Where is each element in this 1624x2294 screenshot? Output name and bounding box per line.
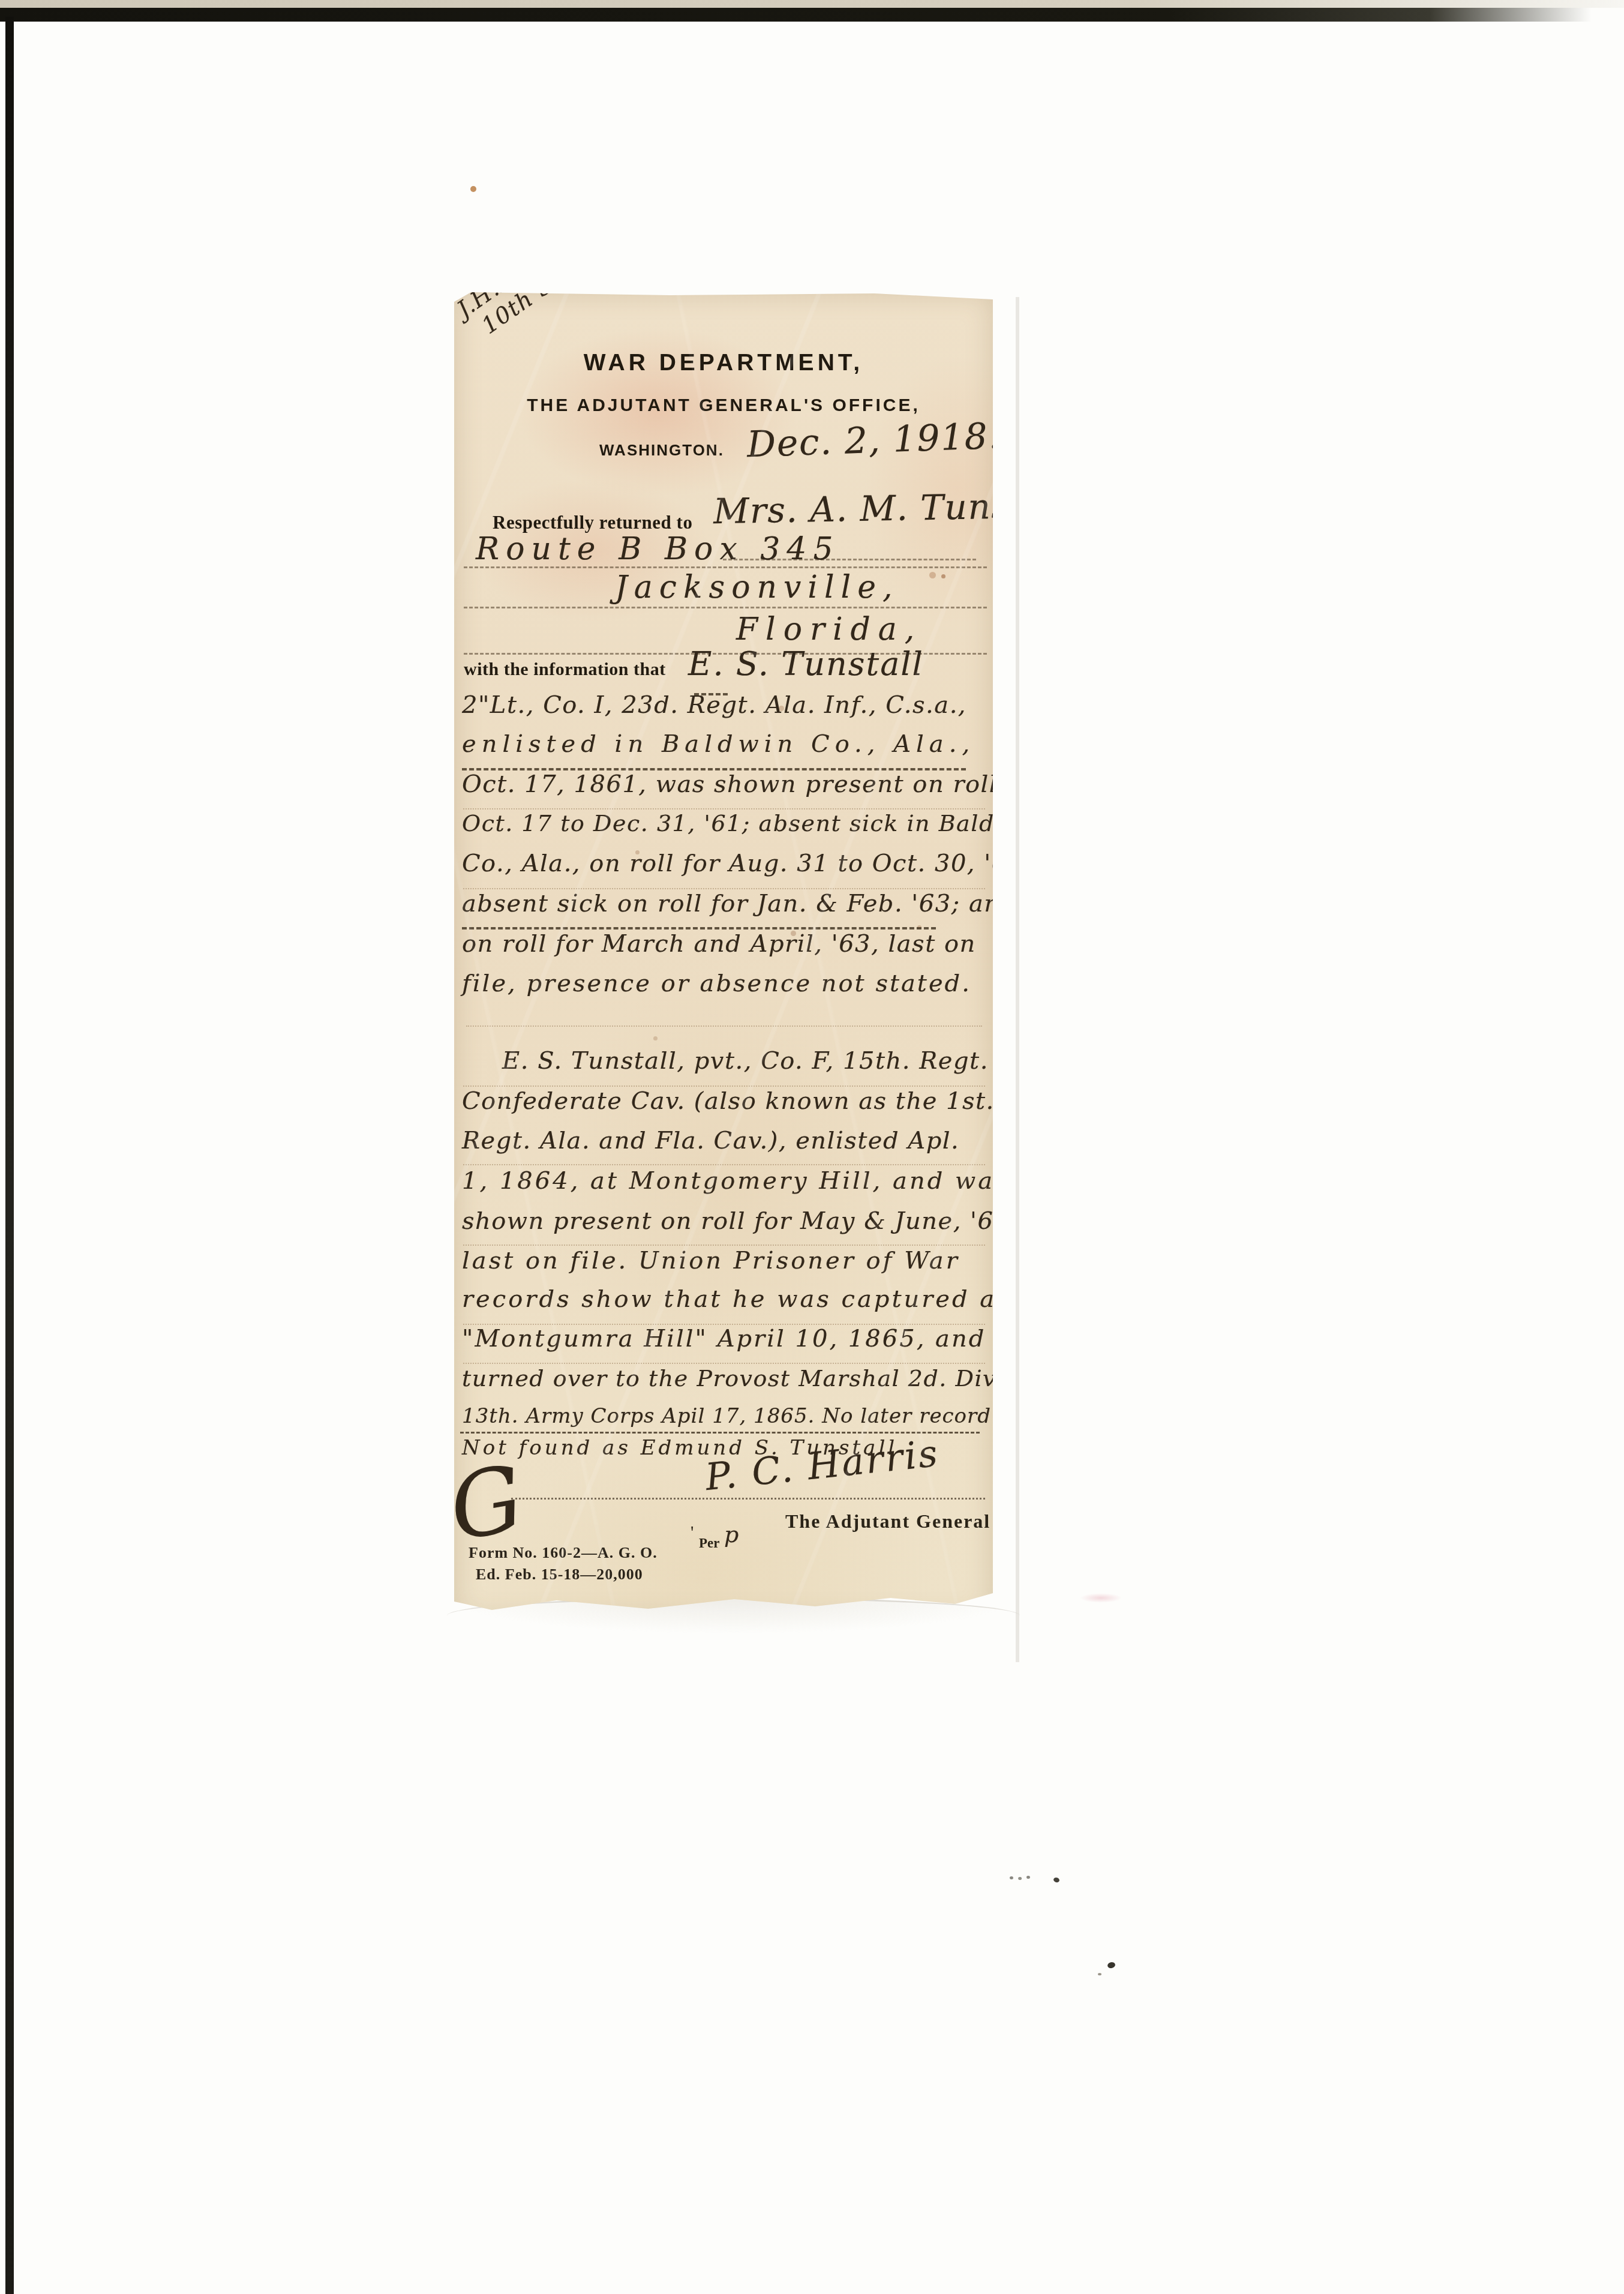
scan-edge-band: [0, 8, 1624, 22]
handwritten-line: 1, 1864, at Montgomery Hill, and was: [462, 1167, 993, 1195]
corner-annotation: J.H.N. 10th St.: [454, 292, 574, 346]
plastic-sleeve-glint: [1080, 1593, 1122, 1603]
address-line: Florida,: [736, 611, 922, 647]
handwritten-line: Confederate Cav. (also known as the 1st.: [462, 1087, 993, 1115]
scan-speck: [470, 186, 476, 192]
per-tick-mark: ': [691, 1522, 694, 1543]
handwritten-line: 2"Lt., Co. I, 23d. Regt. Ala. Inf., C.s.…: [462, 691, 966, 719]
scan-speck: [1010, 1876, 1013, 1879]
signature-title: The Adjutant General: [785, 1510, 990, 1533]
form-rule: [463, 1363, 985, 1364]
handwritten-line: Oct. 17 to Dec. 31, '61; absent sick in …: [462, 810, 993, 836]
dotted-rule: [464, 566, 987, 568]
form-rule: [463, 808, 985, 809]
handwritten-line: Regt. Ala. and Fla. Cav.), enlisted Apl.: [462, 1127, 959, 1155]
scanned-page: J.H.N. 10th St. WAR DEPARTMENT, THE ADJU…: [0, 0, 1624, 2294]
form-rule: [463, 1085, 985, 1087]
handwritten-date: Dec. 2, 1918.: [746, 415, 993, 466]
handwritten-line: shown present on roll for May & June, '6…: [462, 1207, 993, 1235]
handwritten-line: Oct. 17, 1861, was shown present on roll…: [462, 770, 993, 798]
handwritten-line: file, presence or absence not stated.: [462, 970, 971, 997]
subject-name: E. S. Tunstall: [688, 645, 924, 683]
printed-per: Per: [699, 1536, 719, 1551]
handwritten-line: E. S. Tunstall, pvt., Co. F, 15th. Regt.: [502, 1047, 989, 1075]
scan-speck: [1098, 1973, 1101, 1975]
form-rule: [463, 1164, 985, 1165]
document-paper: J.H.N. 10th St. WAR DEPARTMENT, THE ADJU…: [454, 292, 993, 1620]
form-number: Form No. 160-2—A. G. O.: [469, 1544, 658, 1562]
letterhead-department: WAR DEPARTMENT,: [454, 350, 993, 376]
handwritten-line: on roll for March and April, '63, last o…: [462, 930, 976, 958]
handwritten-line: 13th. Army Corps Apil 17, 1865. No later…: [462, 1404, 993, 1428]
address-line: Route B Box 345: [476, 531, 840, 567]
handwritten-line: turned over to the Provost Marshal 2d. D…: [462, 1365, 993, 1392]
letterhead-city: WASHINGTON.: [599, 441, 724, 460]
ink-underline: [462, 927, 936, 929]
paper-stains: [941, 574, 945, 578]
letterhead-office: THE ADJUTANT GENERAL'S OFFICE,: [454, 395, 993, 416]
form-edition: Ed. Feb. 15-18—20,000: [476, 1566, 643, 1584]
printed-with-information: with the information that: [464, 659, 666, 680]
handwritten-line: "Montgumra Hill" April 10, 1865, and: [462, 1325, 986, 1353]
dotted-rule: [464, 607, 987, 608]
recipient-name: Mrs. A. M. Tunstall: [713, 485, 993, 532]
ink-underline: [460, 1432, 980, 1434]
handwritten-line: absent sick on roll for Jan. & Feb. '63;…: [462, 890, 993, 917]
form-rule: [466, 1025, 982, 1027]
per-handwritten-mark: p: [724, 1521, 740, 1548]
handwritten-line: enlisted in Baldwin Co., Ala.,: [462, 730, 975, 758]
signature-rule: [511, 1498, 985, 1500]
printed-returned-to: Respectfully returned to: [493, 512, 692, 533]
scan-speck: [1053, 1877, 1060, 1884]
form-rule: [463, 888, 985, 889]
scan-speck: [1107, 1962, 1116, 1969]
scan-edge-strip: [0, 0, 1624, 8]
form-rule: [463, 1245, 985, 1246]
handwritten-line: records show that he was captured at: [462, 1285, 993, 1313]
handwritten-line: Co., Ala., on roll for Aug. 31 to Oct. 3…: [462, 850, 993, 877]
plastic-sleeve-edge: [1016, 297, 1019, 1662]
handwritten-line: last on file. Union Prisoner of War: [462, 1247, 960, 1275]
address-line: Jacksonville,: [615, 569, 899, 605]
scan-edge-line: [5, 17, 14, 2294]
